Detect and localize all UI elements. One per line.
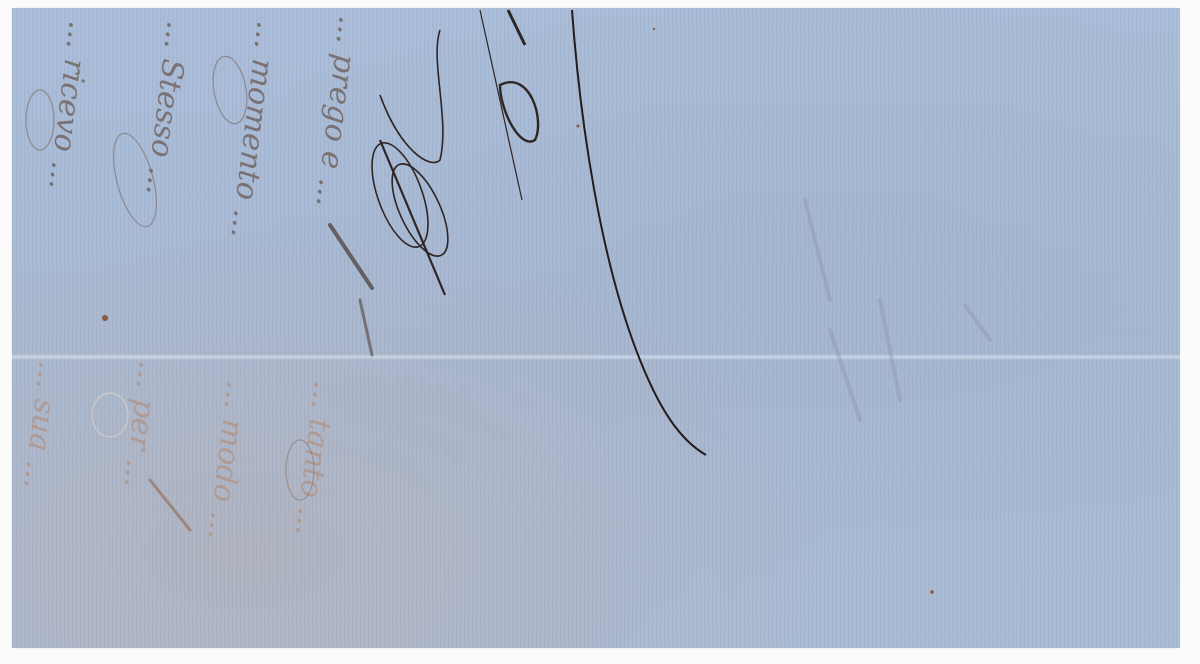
handwriting-line: ... momento ...	[223, 19, 284, 240]
handwriting-column-4: ... prego e ...	[309, 14, 367, 209]
faint-bleedthrough	[805, 200, 990, 420]
signature-flourish-stroke	[572, 10, 706, 455]
handwriting-line: ... tanto ...	[288, 379, 342, 538]
handwriting-line: ... Stesso ...	[139, 19, 195, 197]
handwriting-line: ... sua ...	[16, 359, 66, 491]
handwriting-layer: ... ricevo ... ... Stesso ... ... moment…	[0, 0, 1200, 664]
pen-strokes	[150, 225, 372, 530]
handwriting-column-2: ... Stesso ...	[139, 19, 195, 197]
handwriting-column-1: ... ricevo ...	[41, 19, 96, 192]
handwriting-line: ... modo ...	[201, 379, 255, 542]
handwriting-column-7: ... modo ...	[201, 379, 255, 542]
scanned-letter: ... ricevo ... ... Stesso ... ... moment…	[0, 0, 1200, 664]
handwriting-column-8: ... tanto ...	[288, 379, 342, 538]
handwriting-line: ... prego e ...	[309, 14, 367, 209]
handwriting-line: ... per ...	[117, 359, 167, 490]
handwriting-line: ... ricevo ...	[41, 19, 96, 192]
signature-text: ... Angeli ...	[0, 0, 5, 1]
handwriting-column-3: ... momento ...	[223, 19, 284, 240]
handwriting-column-5: ... sua ...	[16, 359, 66, 491]
handwriting-column-6: ... per ...	[117, 359, 167, 490]
